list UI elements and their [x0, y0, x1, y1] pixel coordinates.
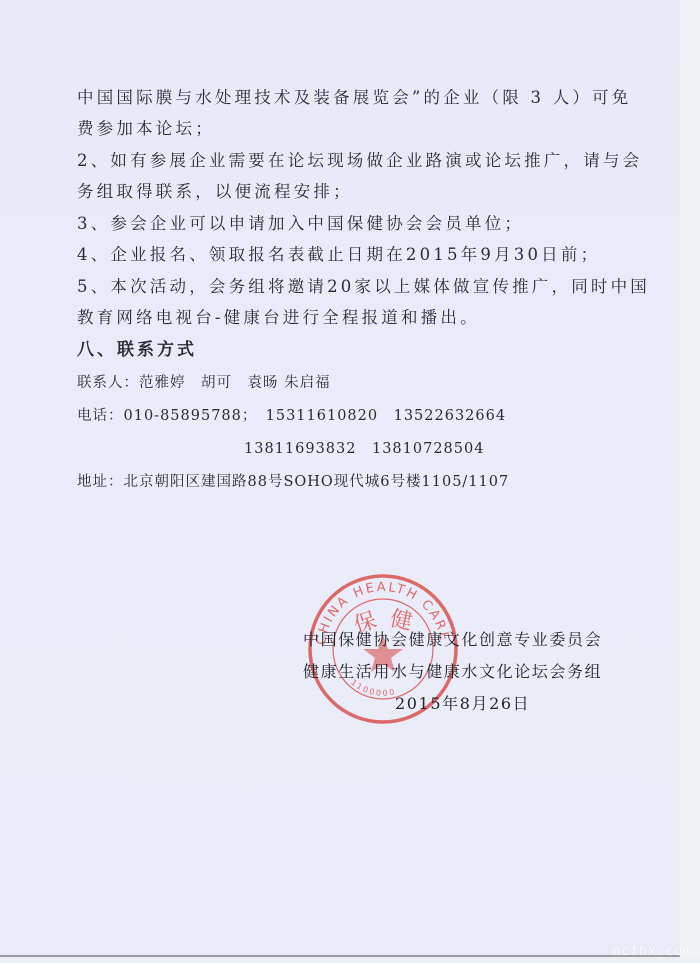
- contact-address-value: 北京朝阳区建国路88号SOHO现代城6号楼1105/1107: [124, 474, 510, 490]
- contact-phone-numbers: 010-85895788； 15311610820 13522632664: [124, 408, 507, 424]
- signature-org-line2: 健康生活用水与健康水文化论坛会务组: [303, 662, 602, 682]
- body-line: 5、本次活动，会务组将邀请20家以上媒体做宣传推广，同时中国: [77, 277, 650, 297]
- section-heading: 八、联系方式: [77, 340, 197, 360]
- body-line: 中国国际膜与水处理技术及装备展览会”的企业（限 3 人）可免: [77, 88, 631, 108]
- contact-people-label: 联系人：: [77, 375, 139, 391]
- scan-bottom-margin: [0, 957, 700, 963]
- body-line: 务组取得联系，以便流程安排；: [77, 182, 353, 202]
- signature-org-line1: 中国保健协会健康文化创意专业委员会: [303, 630, 602, 650]
- site-watermark: ncfhx.com: [613, 944, 692, 959]
- body-line: 费参加本论坛；: [77, 119, 215, 139]
- body-line: 3、参会企业可以申请加入中国保健协会会员单位；: [77, 214, 524, 234]
- contact-people-names: 范雅婷 胡可 袁旸 朱启福: [139, 375, 331, 391]
- contact-phone: 电话：010-85895788； 15311610820 13522632664: [77, 406, 506, 426]
- contact-address: 地址：北京朝阳区建国路88号SOHO现代城6号楼1105/1107: [77, 472, 509, 492]
- contact-people: 联系人：范雅婷 胡可 袁旸 朱启福: [77, 373, 331, 393]
- body-line: 2、如有参展企业需要在论坛现场做企业路演或论坛推广，请与会: [77, 151, 642, 171]
- contact-phone-line2: 13811693832 13810728504: [244, 439, 484, 459]
- body-line: 4、企业报名、领取报名表截止日期在2015年9月30日前；: [77, 245, 600, 265]
- scan-edge: [680, 0, 700, 963]
- body-line: 教育网络电视台-健康台进行全程报道和播出。: [77, 308, 480, 328]
- signature-date: 2015年8月26日: [395, 694, 530, 714]
- contact-address-label: 地址：: [77, 474, 124, 490]
- contact-phone-label: 电话：: [77, 408, 124, 424]
